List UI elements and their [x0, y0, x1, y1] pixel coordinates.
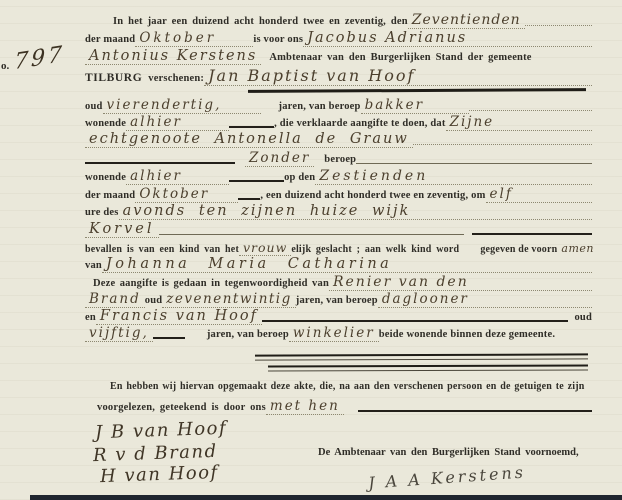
- act-line-witness2: en Francis van Hoof oud: [85, 308, 592, 325]
- printed-text: voorgelezen, geteekend is door ons: [97, 402, 266, 413]
- handwritten-occupation: daglooner: [378, 291, 592, 308]
- printed-text: en: [85, 312, 96, 323]
- printed-text: In het jaar een duizend acht honderd twe…: [113, 16, 408, 27]
- printed-text: is voor ons: [253, 34, 303, 45]
- margin-act-number: 797: [14, 42, 66, 76]
- handwritten-text: amen: [557, 242, 598, 255]
- printed-text: , die verklaarde aangifte te doen, dat: [274, 118, 446, 129]
- handwritten-witness1-name: Renier van den: [329, 274, 592, 291]
- blank-line: [525, 25, 592, 26]
- blank-line-filled: [238, 198, 260, 200]
- blank-line-filled: [229, 126, 274, 128]
- handwritten-age: vijftig,: [85, 325, 153, 342]
- blank-line-filled: [229, 180, 284, 182]
- handwritten-registrar-name: Jacobus Adrianus: [303, 30, 592, 47]
- handwritten-month: Oktober: [135, 186, 238, 203]
- act-line-spouse-occupation: Zonder beroep: [85, 150, 592, 167]
- printed-text: Ambtenaar van den Burgerlijken Stand der…: [269, 52, 531, 63]
- printed-text: jaren, van beroep: [207, 329, 289, 340]
- handwritten-witness1-name: Brand: [85, 291, 145, 308]
- official-title-label: De Ambtenaar van den Burgerlijken Stand …: [318, 447, 579, 458]
- handwritten-place-name: Korvel: [85, 221, 159, 238]
- printed-text: gegeven de voorn: [480, 244, 557, 255]
- printed-text: wonende: [85, 172, 126, 183]
- separator-rule: [268, 364, 588, 371]
- handwritten-text: Zijne: [446, 114, 592, 131]
- act-line-declarant: TILBURG verschenen: Jan Baptist van Hoof: [85, 66, 592, 86]
- blank-line: [356, 163, 592, 164]
- printed-text: oud: [574, 312, 592, 323]
- municipality-name: TILBURG: [85, 72, 142, 84]
- printed-text: wonende: [85, 118, 126, 129]
- printed-text: van: [85, 260, 102, 271]
- printed-text: , een duizend acht honderd twee en zeven…: [260, 190, 485, 201]
- handwritten-age: zevenentwintig: [162, 291, 295, 308]
- margin-number-label: o.: [1, 60, 9, 72]
- closing-line-1: En hebben wij hiervan opgemaakt deze akt…: [110, 381, 596, 392]
- printed-text: oud: [145, 295, 163, 306]
- blank-line-filled: [358, 410, 592, 412]
- printed-text: der maand: [85, 34, 135, 45]
- blank-line: [413, 144, 592, 145]
- witness3-signature: H van Hoof: [100, 462, 219, 487]
- handwritten-gender: vrouw: [239, 240, 291, 256]
- act-line-witness2-details: vijftig, jaren, van beroep winkelier bei…: [85, 325, 592, 342]
- handwritten-occupation: winkelier: [289, 325, 379, 342]
- handwritten-residence: alhier: [126, 168, 229, 185]
- handwritten-residence: alhier: [126, 114, 229, 131]
- act-line-age-occupation: oud vierendertig, jaren, van beroep bakk…: [85, 97, 592, 114]
- blank-line: [469, 110, 592, 111]
- handwritten-child-name: Johanna Maria Catharina: [102, 256, 592, 273]
- separator-rule: [255, 353, 588, 360]
- registrar-signature: J A A Kerstens: [368, 463, 527, 493]
- printed-text: verschenen:: [148, 73, 204, 84]
- act-line-year: In het jaar een duizend acht honderd twe…: [113, 12, 592, 29]
- printed-text: beide wonende binnen deze gemeente.: [379, 329, 555, 340]
- printed-text: der maand: [85, 190, 135, 201]
- printed-text: bevallen is van een kind van het: [85, 244, 239, 255]
- printed-text: En hebben wij hiervan opgemaakt deze akt…: [110, 381, 585, 392]
- act-line-witnesses: Deze aangifte is gedaan in tegenwoordigh…: [93, 274, 592, 291]
- handwritten-day: Zeventienden: [408, 12, 525, 29]
- act-line-spouse: echtgenoote Antonella de Grauw: [85, 131, 592, 148]
- act-line-birth-month-hour: der maand Oktober , een duizend acht hon…: [85, 186, 592, 203]
- printed-text: jaren, van beroep: [279, 101, 361, 112]
- printed-text: elijk geslacht ; aan welk kind word: [291, 244, 459, 255]
- blank-line: [159, 234, 464, 235]
- blank-line-filled: [85, 162, 235, 164]
- printed-text: beroep: [324, 154, 356, 165]
- printed-text: ure des: [85, 207, 119, 218]
- scan-edge: [30, 495, 622, 500]
- handwritten-text: avonds ten zijnen huize wijk: [119, 203, 592, 220]
- handwritten-day: Zestienden: [315, 168, 592, 185]
- handwritten-registrar-name: Antonius Kerstens: [85, 48, 261, 65]
- act-line-witness1-details: Brand oud zevenentwintig jaren, van bero…: [85, 291, 592, 308]
- handwritten-hour: elf: [486, 186, 592, 203]
- heavy-rule: [248, 88, 586, 92]
- handwritten-witness2-name: Francis van Hoof: [96, 308, 262, 325]
- printed-text: op den: [284, 172, 315, 183]
- handwritten-text: Zonder: [245, 150, 314, 167]
- blank-line-filled: [153, 337, 185, 339]
- act-line-residence: wonende alhier , die verklaarde aangifte…: [85, 114, 592, 131]
- handwritten-age: vierendertig,: [103, 97, 261, 114]
- printed-text: oud: [85, 101, 103, 112]
- act-line-wijk: Korvel: [85, 221, 592, 238]
- act-line-gender: bevallen is van een kind van het vrouw e…: [85, 240, 598, 256]
- act-line-birth-day: wonende alhier op den Zestienden: [85, 168, 592, 185]
- blank-line-filled: [262, 320, 569, 322]
- handwritten-spouse-name: echtgenoote Antonella de Grauw: [85, 131, 413, 148]
- act-line-birth-place: ure des avonds ten zijnen huize wijk: [85, 203, 592, 220]
- closing-line-2: voorgelezen, geteekend is door ons met h…: [97, 398, 592, 415]
- document-page: o. 797 In het jaar een duizend acht hond…: [0, 0, 622, 500]
- act-line-child-name: van Johanna Maria Catharina: [85, 256, 592, 273]
- handwritten-text: met hen: [266, 398, 344, 415]
- handwritten-declarant-name: Jan Baptist van Hoof: [204, 66, 592, 86]
- handwritten-month: Oktober: [135, 30, 253, 47]
- handwritten-occupation: bakker: [361, 97, 469, 114]
- witness1-signature: J B van Hoof: [95, 418, 228, 444]
- printed-text: jaren, van beroep: [296, 295, 378, 306]
- blank-line-filled: [472, 233, 592, 235]
- printed-text: Deze aangifte is gedaan in tegenwoordigh…: [93, 278, 329, 289]
- act-line-month-registrar: der maand Oktober is voor ons Jacobus Ad…: [85, 30, 592, 47]
- act-line-registrar-title: Antonius Kerstens Ambtenaar van den Burg…: [85, 48, 592, 65]
